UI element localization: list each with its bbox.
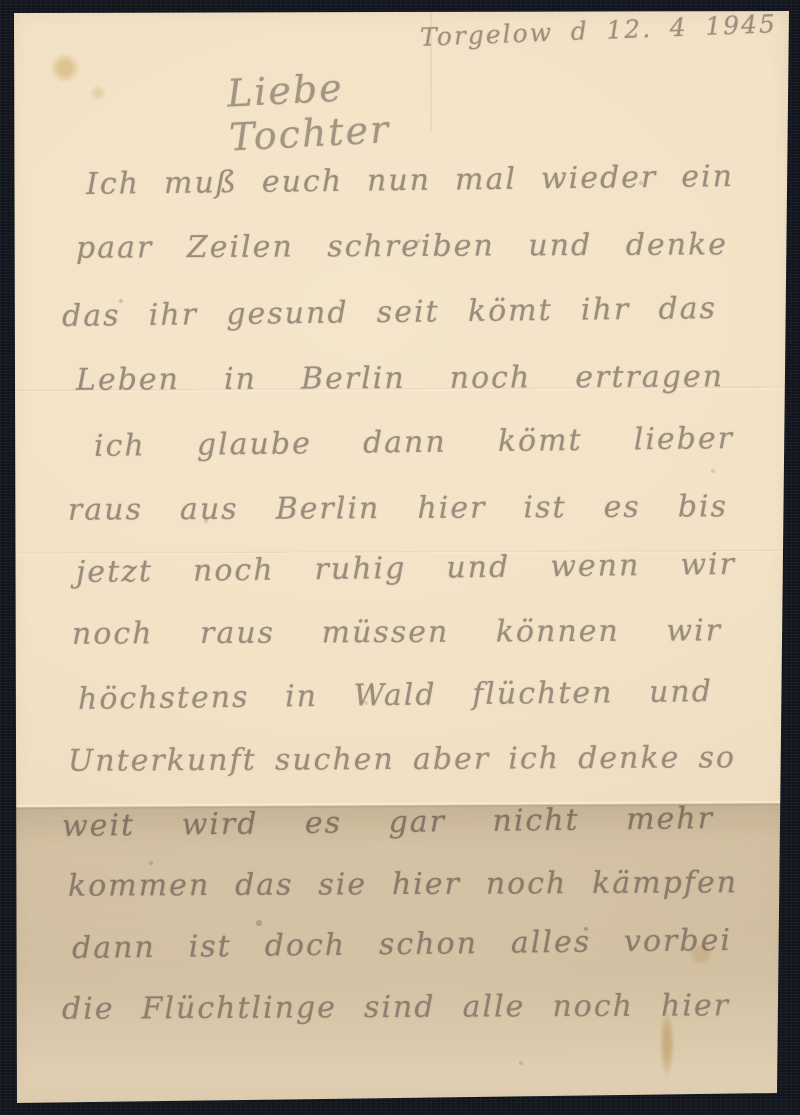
handwritten-line: höchstens in Wald flüchten und <box>78 669 714 723</box>
handwritten-line: das ihr gesund seit kömt ihr das <box>62 286 718 340</box>
handwritten-line: Leben in Berlin noch ertragen <box>76 354 724 403</box>
handwritten-line: Unterkunft suchen aber ich denke so <box>68 735 736 784</box>
handwriting-layer: Torgelow d 12. 4 1945 Liebe Tochter Ich … <box>0 0 800 1115</box>
handwritten-line: Ich muß euch nun mal wieder ein <box>86 154 735 208</box>
handwritten-line: raus aus Berlin hier ist es bis <box>68 484 728 533</box>
paper-specks <box>0 0 2 2</box>
salutation-line: Liebe Tochter <box>226 56 520 159</box>
date-line: Torgelow d 12. 4 1945 <box>420 9 778 52</box>
handwritten-line: paar Zeilen schreiben und denke <box>76 222 728 271</box>
handwritten-line: dann ist doch schon alles vorbei <box>72 918 733 972</box>
letter-paper: Torgelow d 12. 4 1945 Liebe Tochter Ich … <box>0 0 800 1115</box>
handwritten-line: die Flüchtlinge sind alle noch hier <box>62 983 730 1032</box>
scan-background: Torgelow d 12. 4 1945 Liebe Tochter Ich … <box>0 0 800 1115</box>
handwritten-line: jetzt noch ruhig und wenn wir <box>76 542 737 596</box>
handwritten-line: kommen das sie hier noch kämpfen <box>68 860 738 910</box>
handwritten-line: ich glaube dann kömt lieber <box>94 416 735 470</box>
handwritten-line: noch raus müssen können wir <box>72 608 722 657</box>
